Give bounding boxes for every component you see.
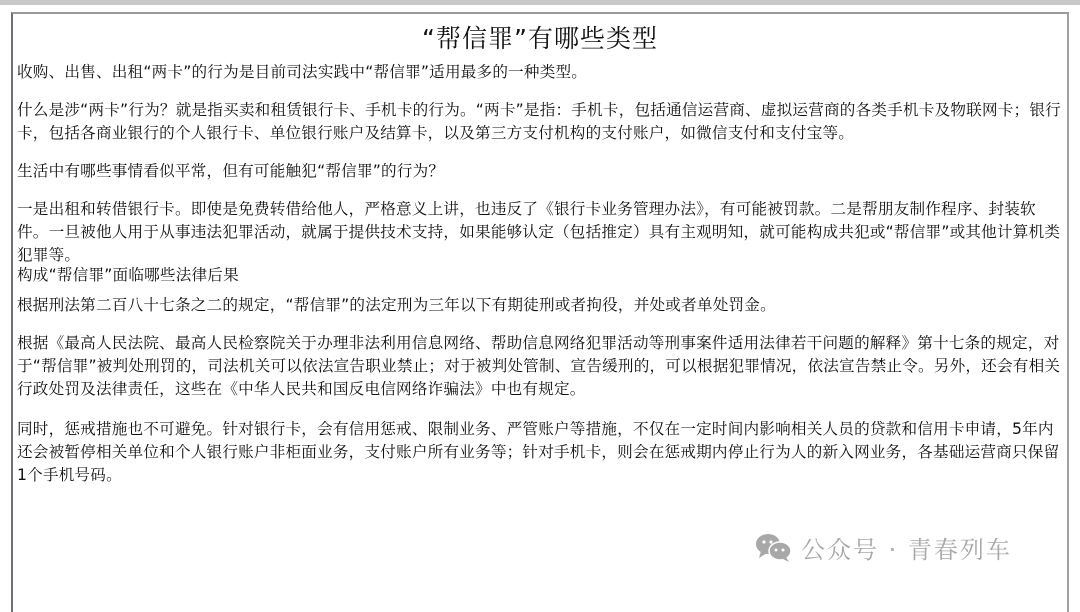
watermark-text: 公众号 · 青春列车 xyxy=(801,530,1012,565)
paragraph-heading-consequences: 构成“帮信罪”面临哪些法律后果 xyxy=(17,264,1065,287)
document-frame: “帮信罪”有哪些类型 收购、出售、出租“两卡”的行为是目前司法实践中“帮信罪”适… xyxy=(11,12,1069,595)
paragraph-examples: 一是出租和转借银行卡。即使是免费转借给他人，严格意义上讲，也违反了《银行卡业务管… xyxy=(17,198,1065,267)
paragraph-intro: 收购、出售、出租“两卡”的行为是目前司法实践中“帮信罪”适用最多的一种类型。 xyxy=(17,61,1065,84)
paragraph-punishment-measures: 同时，惩戒措施也不可避免。针对银行卡，会有信用惩戒、限制业务、严管账户等措施，不… xyxy=(17,418,1065,487)
watermark: 公众号 · 青春列车 xyxy=(755,530,1012,565)
paragraph-judicial-interpretation: 根据《最高人民法院、最高人民检察院关于办理非法利用信息网络、帮助信息网络犯罪活动… xyxy=(17,332,1065,401)
wechat-icon xyxy=(755,533,793,563)
document-title: “帮信罪”有哪些类型 xyxy=(13,19,1067,55)
paragraph-criminal-law: 根据刑法第二百八十七条之二的规定，“帮信罪”的法定刑为三年以下有期徒刑或者拘役，… xyxy=(17,294,1065,317)
paragraph-two-cards-definition: 什么是涉“两卡”行为？就是指买卖和租赁银行卡、手机卡的行为。“两卡”是指：手机卡… xyxy=(17,99,1065,145)
paragraph-question-everyday: 生活中有哪些事情看似平常，但有可能触犯“帮信罪”的行为？ xyxy=(17,160,1065,183)
top-bar xyxy=(0,0,1080,5)
